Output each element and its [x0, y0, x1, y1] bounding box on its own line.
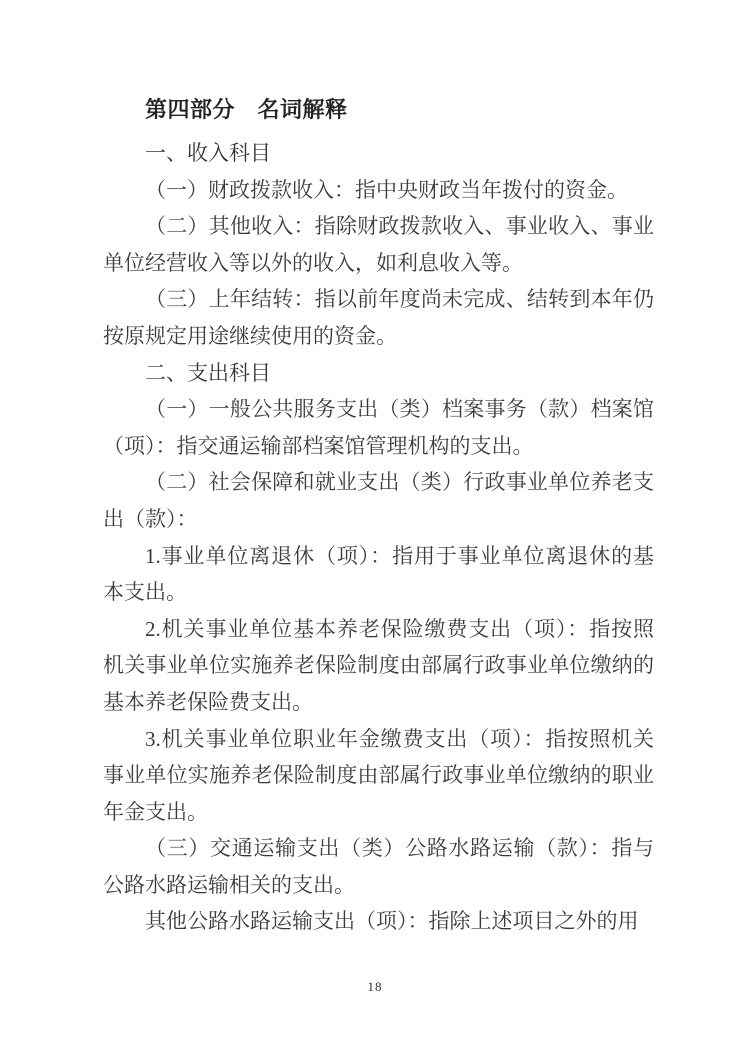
page-number: 18 — [368, 979, 383, 994]
paragraph-income-1: （一）财政拨款收入：指中央财政当年拨付的资金。 — [103, 172, 654, 209]
paragraph-expenditure-1: （一）一般公共服务支出（类）档案事务（款）档案馆（项）：指交通运输部档案馆管理机… — [103, 391, 654, 464]
paragraph-expenditure-6: （三）交通运输支出（类）公路水路运输（款）：指与公路水路运输相关的支出。 — [103, 830, 654, 903]
paragraph-expenditure-7: 其他公路水路运输支出（项）：指除上述项目之外的用 — [103, 903, 654, 940]
page-footer: 18 — [0, 978, 750, 996]
document-page: 第四部分 名词解释 一、收入科目 （一）财政拨款收入：指中央财政当年拨付的资金。… — [0, 0, 750, 1060]
paragraph-expenditure-5: 3.机关事业单位职业年金缴费支出（项）：指按照机关事业单位实施养老保险制度由部属… — [103, 721, 654, 831]
paragraph-income-3: （三）上年结转：指以前年度尚未完成、结转到本年仍按原规定用途继续使用的资金。 — [103, 281, 654, 354]
paragraph-expenditure-4: 2.机关事业单位基本养老保险缴费支出（项）：指按照机关事业单位实施养老保险制度由… — [103, 611, 654, 721]
section-heading-expenditure: 二、支出科目 — [103, 355, 654, 392]
paragraph-income-2: （二）其他收入：指除财政拨款收入、事业收入、事业单位经营收入等以外的收入，如利息… — [103, 208, 654, 281]
paragraph-expenditure-3: 1.事业单位离退休（项）：指用于事业单位离退休的基本支出。 — [103, 538, 654, 611]
paragraph-expenditure-2: （二）社会保障和就业支出（类）行政事业单位养老支出（款）： — [103, 464, 654, 537]
section-heading-income: 一、收入科目 — [103, 135, 654, 172]
document-body: 一、收入科目 （一）财政拨款收入：指中央财政当年拨付的资金。 （二）其他收入：指… — [103, 135, 654, 940]
document-title: 第四部分 名词解释 — [145, 95, 348, 125]
